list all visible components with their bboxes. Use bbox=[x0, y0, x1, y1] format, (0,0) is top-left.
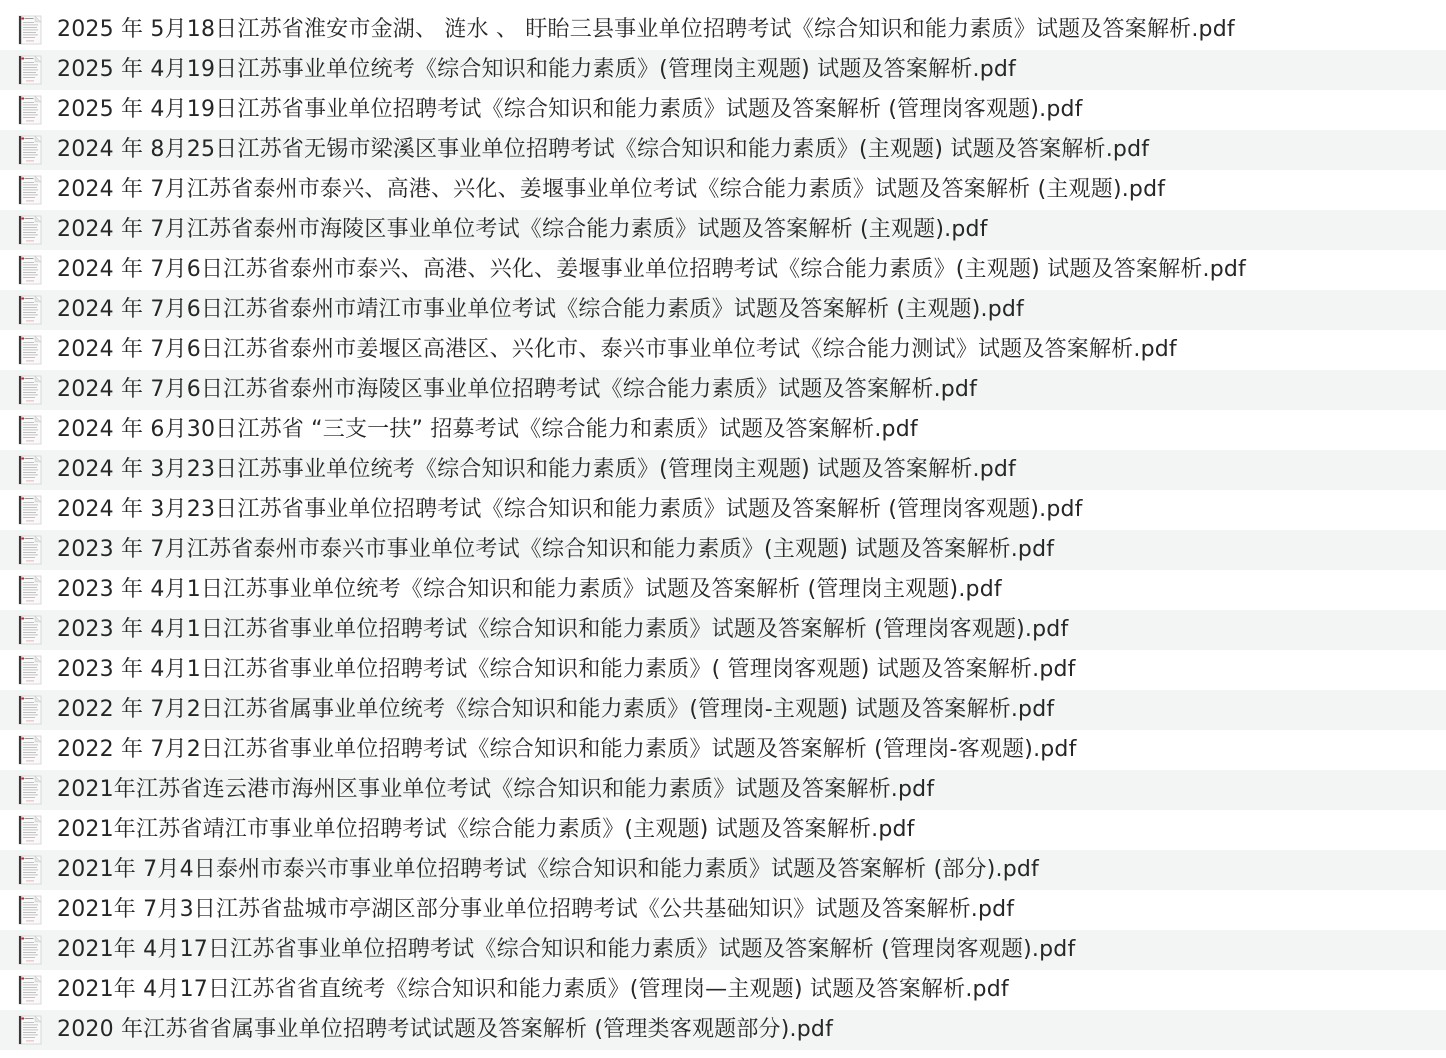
file-name: 2024 年 7月6日江苏省泰州市靖江市事业单位考试《综合能力素质》试题及答案解… bbox=[57, 290, 1024, 330]
file-name: 2021年江苏省靖江市事业单位招聘考试《综合能力素质》(主观题) 试题及答案解析… bbox=[57, 810, 915, 850]
pdf-document-thumbnail-icon bbox=[18, 175, 42, 205]
pdf-document-thumbnail-icon bbox=[18, 855, 42, 885]
file-row-20[interactable]: 2021年江苏省连云港市海州区事业单位考试《综合知识和能力素质》试题及答案解析.… bbox=[0, 770, 1446, 810]
file-row-24[interactable]: 2021年 4月17日江苏省事业单位招聘考试《综合知识和能力素质》试题及答案解析… bbox=[0, 930, 1446, 970]
pdf-document-thumbnail-icon bbox=[18, 455, 42, 485]
file-name: 2023 年 7月江苏省泰州市泰兴市事业单位考试《综合知识和能力素质》(主观题)… bbox=[57, 530, 1054, 570]
file-name: 2024 年 7月江苏省泰州市泰兴、高港、兴化、姜堰事业单位考试《综合能力素质》… bbox=[57, 170, 1165, 210]
file-name: 2024 年 7月6日江苏省泰州市泰兴、高港、兴化、姜堰事业单位招聘考试《综合能… bbox=[57, 250, 1246, 290]
file-row-26[interactable]: 2020 年江苏省省属事业单位招聘考试试题及答案解析 (管理类客观题部分).pd… bbox=[0, 1010, 1446, 1050]
pdf-document-thumbnail-icon bbox=[18, 55, 42, 85]
pdf-document-thumbnail-icon bbox=[18, 695, 42, 725]
file-row-8[interactable]: 2024 年 7月6日江苏省泰州市靖江市事业单位考试《综合能力素质》试题及答案解… bbox=[0, 290, 1446, 330]
file-name: 2024 年 7月6日江苏省泰州市海陵区事业单位招聘考试《综合能力素质》试题及答… bbox=[57, 370, 977, 410]
file-name: 2024 年 3月23日江苏省事业单位招聘考试《综合知识和能力素质》试题及答案解… bbox=[57, 490, 1083, 530]
pdf-document-thumbnail-icon bbox=[18, 215, 42, 245]
file-name: 2023 年 4月1日江苏省事业单位招聘考试《综合知识和能力素质》( 管理岗客观… bbox=[57, 650, 1076, 690]
file-row-1[interactable]: 2025 年 5月18日江苏省淮安市金湖、 涟水 、 盱眙三县事业单位招聘考试《… bbox=[0, 10, 1446, 50]
file-row-4[interactable]: 2024 年 8月25日江苏省无锡市梁溪区事业单位招聘考试《综合知识和能力素质》… bbox=[0, 130, 1446, 170]
file-name: 2021年 7月4日泰州市泰兴市事业单位招聘考试《综合知识和能力素质》试题及答案… bbox=[57, 850, 1039, 890]
pdf-document-thumbnail-icon bbox=[18, 975, 42, 1005]
file-row-22[interactable]: 2021年 7月4日泰州市泰兴市事业单位招聘考试《综合知识和能力素质》试题及答案… bbox=[0, 850, 1446, 890]
file-list: 2025 年 5月18日江苏省淮安市金湖、 涟水 、 盱眙三县事业单位招聘考试《… bbox=[0, 10, 1446, 1050]
pdf-document-thumbnail-icon bbox=[18, 415, 42, 445]
pdf-document-thumbnail-icon bbox=[18, 815, 42, 845]
file-row-17[interactable]: 2023 年 4月1日江苏省事业单位招聘考试《综合知识和能力素质》( 管理岗客观… bbox=[0, 650, 1446, 690]
file-row-25[interactable]: 2021年 4月17日江苏省省直统考《综合知识和能力素质》(管理岗—主观题) 试… bbox=[0, 970, 1446, 1010]
file-name: 2020 年江苏省省属事业单位招聘考试试题及答案解析 (管理类客观题部分).pd… bbox=[57, 1010, 833, 1050]
file-name: 2022 年 7月2日江苏省属事业单位统考《综合知识和能力素质》(管理岗-主观题… bbox=[57, 690, 1054, 730]
pdf-document-thumbnail-icon bbox=[18, 15, 42, 45]
file-name: 2021年 4月17日江苏省省直统考《综合知识和能力素质》(管理岗—主观题) 试… bbox=[57, 970, 1009, 1010]
pdf-document-thumbnail-icon bbox=[18, 1015, 42, 1045]
file-row-6[interactable]: 2024 年 7月江苏省泰州市海陵区事业单位考试《综合能力素质》试题及答案解析 … bbox=[0, 210, 1446, 250]
pdf-document-thumbnail-icon bbox=[18, 255, 42, 285]
pdf-document-thumbnail-icon bbox=[18, 295, 42, 325]
pdf-document-thumbnail-icon bbox=[18, 775, 42, 805]
pdf-document-thumbnail-icon bbox=[18, 335, 42, 365]
file-row-16[interactable]: 2023 年 4月1日江苏省事业单位招聘考试《综合知识和能力素质》试题及答案解析… bbox=[0, 610, 1446, 650]
file-row-21[interactable]: 2021年江苏省靖江市事业单位招聘考试《综合能力素质》(主观题) 试题及答案解析… bbox=[0, 810, 1446, 850]
file-row-11[interactable]: 2024 年 6月30日江苏省 “三支一扶” 招募考试《综合能力和素质》试题及答… bbox=[0, 410, 1446, 450]
file-row-23[interactable]: 2021年 7月3日江苏省盐城市亭湖区部分事业单位招聘考试《公共基础知识》试题及… bbox=[0, 890, 1446, 930]
file-name: 2021年 4月17日江苏省事业单位招聘考试《综合知识和能力素质》试题及答案解析… bbox=[57, 930, 1075, 970]
file-name: 2024 年 6月30日江苏省 “三支一扶” 招募考试《综合能力和素质》试题及答… bbox=[57, 410, 918, 450]
pdf-document-thumbnail-icon bbox=[18, 375, 42, 405]
pdf-document-thumbnail-icon bbox=[18, 95, 42, 125]
file-row-7[interactable]: 2024 年 7月6日江苏省泰州市泰兴、高港、兴化、姜堰事业单位招聘考试《综合能… bbox=[0, 250, 1446, 290]
pdf-document-thumbnail-icon bbox=[18, 535, 42, 565]
file-row-12[interactable]: 2024 年 3月23日江苏事业单位统考《综合知识和能力素质》(管理岗主观题) … bbox=[0, 450, 1446, 490]
file-name: 2024 年 8月25日江苏省无锡市梁溪区事业单位招聘考试《综合知识和能力素质》… bbox=[57, 130, 1149, 170]
pdf-document-thumbnail-icon bbox=[18, 895, 42, 925]
file-row-18[interactable]: 2022 年 7月2日江苏省属事业单位统考《综合知识和能力素质》(管理岗-主观题… bbox=[0, 690, 1446, 730]
file-name: 2022 年 7月2日江苏省事业单位招聘考试《综合知识和能力素质》试题及答案解析… bbox=[57, 730, 1077, 770]
pdf-document-thumbnail-icon bbox=[18, 735, 42, 765]
file-row-15[interactable]: 2023 年 4月1日江苏事业单位统考《综合知识和能力素质》试题及答案解析 (管… bbox=[0, 570, 1446, 610]
file-row-14[interactable]: 2023 年 7月江苏省泰州市泰兴市事业单位考试《综合知识和能力素质》(主观题)… bbox=[0, 530, 1446, 570]
file-name: 2024 年 3月23日江苏事业单位统考《综合知识和能力素质》(管理岗主观题) … bbox=[57, 450, 1016, 490]
file-name: 2023 年 4月1日江苏事业单位统考《综合知识和能力素质》试题及答案解析 (管… bbox=[57, 570, 1002, 610]
file-row-2[interactable]: 2025 年 4月19日江苏事业单位统考《综合知识和能力素质》(管理岗主观题) … bbox=[0, 50, 1446, 90]
file-name: 2024 年 7月江苏省泰州市海陵区事业单位考试《综合能力素质》试题及答案解析 … bbox=[57, 210, 988, 250]
pdf-document-thumbnail-icon bbox=[18, 575, 42, 605]
file-row-10[interactable]: 2024 年 7月6日江苏省泰州市海陵区事业单位招聘考试《综合能力素质》试题及答… bbox=[0, 370, 1446, 410]
pdf-document-thumbnail-icon bbox=[18, 495, 42, 525]
file-name: 2023 年 4月1日江苏省事业单位招聘考试《综合知识和能力素质》试题及答案解析… bbox=[57, 610, 1068, 650]
file-name: 2025 年 5月18日江苏省淮安市金湖、 涟水 、 盱眙三县事业单位招聘考试《… bbox=[57, 10, 1235, 50]
file-row-3[interactable]: 2025 年 4月19日江苏省事业单位招聘考试《综合知识和能力素质》试题及答案解… bbox=[0, 90, 1446, 130]
file-row-13[interactable]: 2024 年 3月23日江苏省事业单位招聘考试《综合知识和能力素质》试题及答案解… bbox=[0, 490, 1446, 530]
file-name: 2025 年 4月19日江苏省事业单位招聘考试《综合知识和能力素质》试题及答案解… bbox=[57, 90, 1083, 130]
pdf-document-thumbnail-icon bbox=[18, 615, 42, 645]
file-name: 2025 年 4月19日江苏事业单位统考《综合知识和能力素质》(管理岗主观题) … bbox=[57, 50, 1016, 90]
file-name: 2024 年 7月6日江苏省泰州市姜堰区高港区、兴化市、泰兴市事业单位考试《综合… bbox=[57, 330, 1177, 370]
pdf-document-thumbnail-icon bbox=[18, 935, 42, 965]
pdf-document-thumbnail-icon bbox=[18, 655, 42, 685]
file-row-9[interactable]: 2024 年 7月6日江苏省泰州市姜堰区高港区、兴化市、泰兴市事业单位考试《综合… bbox=[0, 330, 1446, 370]
pdf-document-thumbnail-icon bbox=[18, 135, 42, 165]
file-row-19[interactable]: 2022 年 7月2日江苏省事业单位招聘考试《综合知识和能力素质》试题及答案解析… bbox=[0, 730, 1446, 770]
file-name: 2021年江苏省连云港市海州区事业单位考试《综合知识和能力素质》试题及答案解析.… bbox=[57, 770, 934, 810]
file-row-5[interactable]: 2024 年 7月江苏省泰州市泰兴、高港、兴化、姜堰事业单位考试《综合能力素质》… bbox=[0, 170, 1446, 210]
file-name: 2021年 7月3日江苏省盐城市亭湖区部分事业单位招聘考试《公共基础知识》试题及… bbox=[57, 890, 1014, 930]
